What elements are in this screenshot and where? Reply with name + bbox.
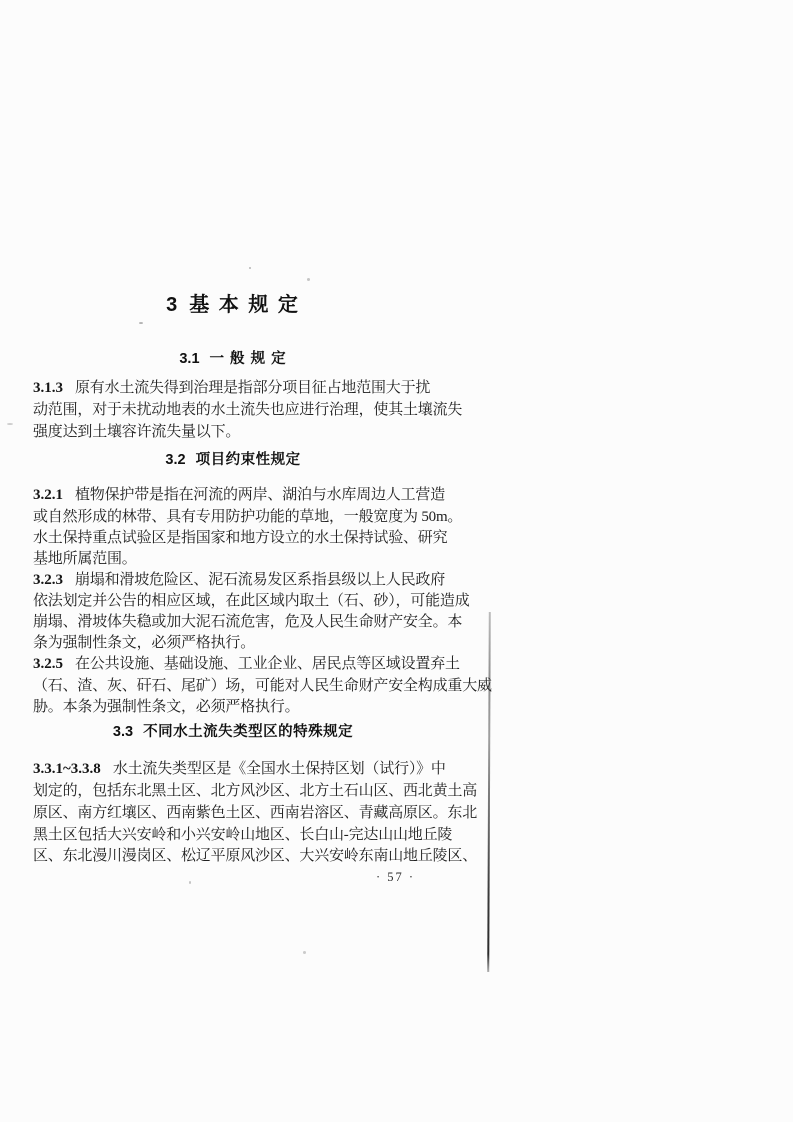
clause-3-3-1-line-3: 原区、南方红壤区、西南紫色土区、西南岩溶区、青藏高原区。东北 xyxy=(33,805,443,822)
line-text: 水土流失类型区是《全国水土保持区划（试行）》中 xyxy=(113,761,446,777)
line-text: 植物保护带是指在河流的两岸、湖泊与水库周边人工营造 xyxy=(75,487,445,503)
clause-3-3-1-line-1: 3.3.1~3.3.8水土流失类型区是《全国水土保持区划（试行）》中 xyxy=(33,761,443,778)
chapter-title: 基 本 规 定 xyxy=(189,294,300,316)
clause-3-2-3-line-3: 崩塌、滑坡体失稳或加大泥石流危害，危及人民生命财产安全。本 xyxy=(33,614,443,631)
chapter-number: 3 xyxy=(166,294,177,316)
scan-speck xyxy=(139,322,143,324)
section-number: 3.1 xyxy=(179,351,199,367)
line-text: 在公共设施、基础设施、工业企业、居民点等区域设置弃土 xyxy=(75,656,460,672)
clause-3-2-5-line-1: 3.2.5在公共设施、基础设施、工业企业、居民点等区域设置弃土 xyxy=(33,656,443,673)
section-number: 3.3 xyxy=(113,724,133,740)
section-title: 不同水土流失类型区的特殊规定 xyxy=(143,724,353,740)
clause-number: 3.1.3 xyxy=(33,380,63,396)
section-number: 3.2 xyxy=(165,452,185,468)
section-title: 项目约束性规定 xyxy=(196,452,301,468)
clause-3-2-3-line-2: 依法划定并公告的相应区域，在此区域内取土（石、砂），可能造成 xyxy=(33,593,443,610)
clause-number: 3.2.1 xyxy=(33,487,63,503)
clause-3-3-1-line-2: 划定的，包括东北黑土区、北方风沙区、北方土石山区、西北黄土高 xyxy=(33,783,443,800)
clause-number: 3.2.3 xyxy=(33,572,63,588)
clause-3-2-1-line-1: 3.2.1植物保护带是指在河流的两岸、湖泊与水库周边人工营造 xyxy=(33,487,443,504)
scan-speck xyxy=(189,881,191,884)
clause-3-2-3-line-1: 3.2.3崩塌和滑坡危险区、泥石流易发区系指县级以上人民政府 xyxy=(33,572,443,589)
line-text: 原有水土流失得到治理是指部分项目征占地范围大于扰 xyxy=(75,380,430,396)
section-heading-3-1: 3.1一 般 规 定 xyxy=(33,351,433,368)
clause-3-2-3-line-4: 条为强制性条文，必须严格执行。 xyxy=(33,635,443,652)
clause-3-2-1-line-4: 基地所属范围。 xyxy=(33,551,443,568)
clause-number: 3.3.1~3.3.8 xyxy=(33,761,101,777)
scan-speck xyxy=(7,423,13,425)
clause-3-2-5-line-2: （石、渣、灰、矸石、尾矿）场，可能对人民生命财产安全构成重大威 xyxy=(33,678,443,695)
scan-fold-line xyxy=(487,612,491,972)
page-number: · 57 · xyxy=(376,870,432,885)
clause-3-1-3-line-1: 3.1.3原有水土流失得到治理是指部分项目征占地范围大于扰 xyxy=(33,380,443,397)
document-page: 3基 本 规 定 3.1一 般 规 定 3.1.3原有水土流失得到治理是指部分项… xyxy=(0,0,793,1122)
clause-number: 3.2.5 xyxy=(33,656,63,672)
scan-speck xyxy=(303,951,306,954)
clause-3-2-1-line-2: 或自然形成的林带、具有专用防护功能的草地，一般宽度为 50m。 xyxy=(33,509,443,526)
clause-3-1-3-line-2: 动范围，对于未扰动地表的水土流失也应进行治理，使其土壤流失 xyxy=(33,402,443,419)
clause-3-2-1-line-3: 水土保持重点试验区是指国家和地方设立的水土保持试验、研究 xyxy=(33,530,443,547)
clause-3-3-1-line-4: 黑土区包括大兴安岭和小兴安岭山地区、长白山-完达山山地丘陵 xyxy=(33,827,443,844)
scan-speck xyxy=(249,267,251,269)
chapter-heading: 3基 本 规 定 xyxy=(33,293,433,317)
line-text: 崩塌和滑坡危险区、泥石流易发区系指县级以上人民政府 xyxy=(75,572,445,588)
section-title: 一 般 规 定 xyxy=(210,351,287,367)
section-heading-3-2: 3.2项目约束性规定 xyxy=(33,452,433,469)
scan-speck xyxy=(307,278,310,281)
clause-3-2-5-line-3: 胁。本条为强制性条文，必须严格执行。 xyxy=(33,699,443,716)
clause-3-1-3-line-3: 强度达到土壤容许流失量以下。 xyxy=(33,424,443,441)
clause-3-3-1-line-5: 区、东北漫川漫岗区、松辽平原风沙区、大兴安岭东南山地丘陵区、 xyxy=(33,848,443,865)
section-heading-3-3: 3.3不同水土流失类型区的特殊规定 xyxy=(33,724,433,741)
